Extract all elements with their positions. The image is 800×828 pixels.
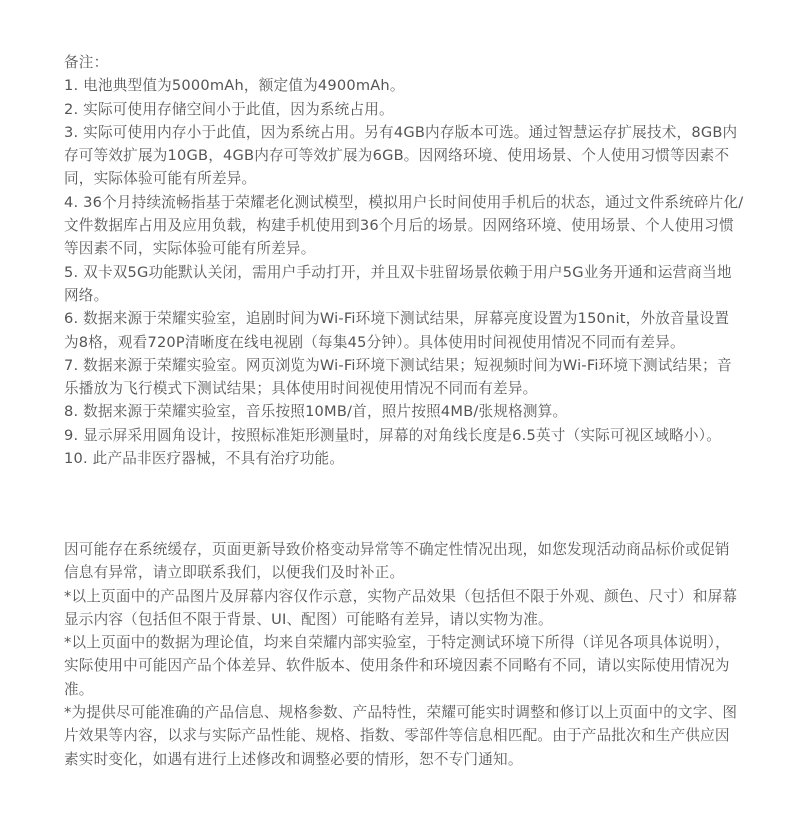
note-item-1: 1. 电池典型值为5000mAh，额定值为4900mAh。 (64, 74, 744, 97)
disclaimer-price-cache: 因可能存在系统缓存，页面更新导致价格变动异常等不确定性情况出现，如您发现活动商品… (64, 538, 744, 585)
disclaimer-data: *以上页面中的数据为理论值，均来自荣耀内部实验室，于特定测试环境下所得（详见各项… (64, 631, 744, 701)
note-item-6: 6. 数据来源于荣耀实验室，追剧时间为Wi-Fi环境下测试结果，屏幕亮度设置为1… (64, 307, 744, 354)
note-item-10: 10. 此产品非医疗器械，不具有治疗功能。 (64, 447, 744, 470)
note-item-2: 2. 实际可使用存储空间小于此值，因为系统占用。 (64, 98, 744, 121)
disclaimer-section: 因可能存在系统缓存，页面更新导致价格变动异常等不确定性情况出现，如您发现活动商品… (64, 538, 744, 771)
notes-title: 备注： (64, 51, 744, 74)
note-item-4: 4. 36个月持续流畅指基于荣耀老化测试模型，模拟用户长时间使用手机后的状态，通… (64, 191, 744, 261)
note-item-9: 9. 显示屏采用圆角设计，按照标准矩形测量时，屏幕的对角线长度是6.5英寸（实际… (64, 424, 744, 447)
note-item-8: 8. 数据来源于荣耀实验室，音乐按照10MB/首，照片按照4MB/张规格测算。 (64, 400, 744, 423)
disclaimer-images: *以上页面中的产品图片及屏幕内容仅作示意，实物产品效果（包括但不限于外观、颜色、… (64, 585, 744, 632)
disclaimer-updates: *为提供尽可能准确的产品信息、规格参数、产品特性，荣耀可能实时调整和修订以上页面… (64, 701, 744, 771)
note-item-3: 3. 实际可使用内存小于此值，因为系统占用。另有4GB内存版本可选。通过智慧运存… (64, 121, 744, 191)
note-item-7: 7. 数据来源于荣耀实验室。网页浏览为Wi-Fi环境下测试结果；短视频时间为Wi… (64, 354, 744, 401)
note-item-5: 5. 双卡双5G功能默认关闭，需用户手动打开，并且双卡驻留场景依赖于用户5G业务… (64, 261, 744, 308)
notes-section: 备注： 1. 电池典型值为5000mAh，额定值为4900mAh。 2. 实际可… (64, 51, 744, 470)
